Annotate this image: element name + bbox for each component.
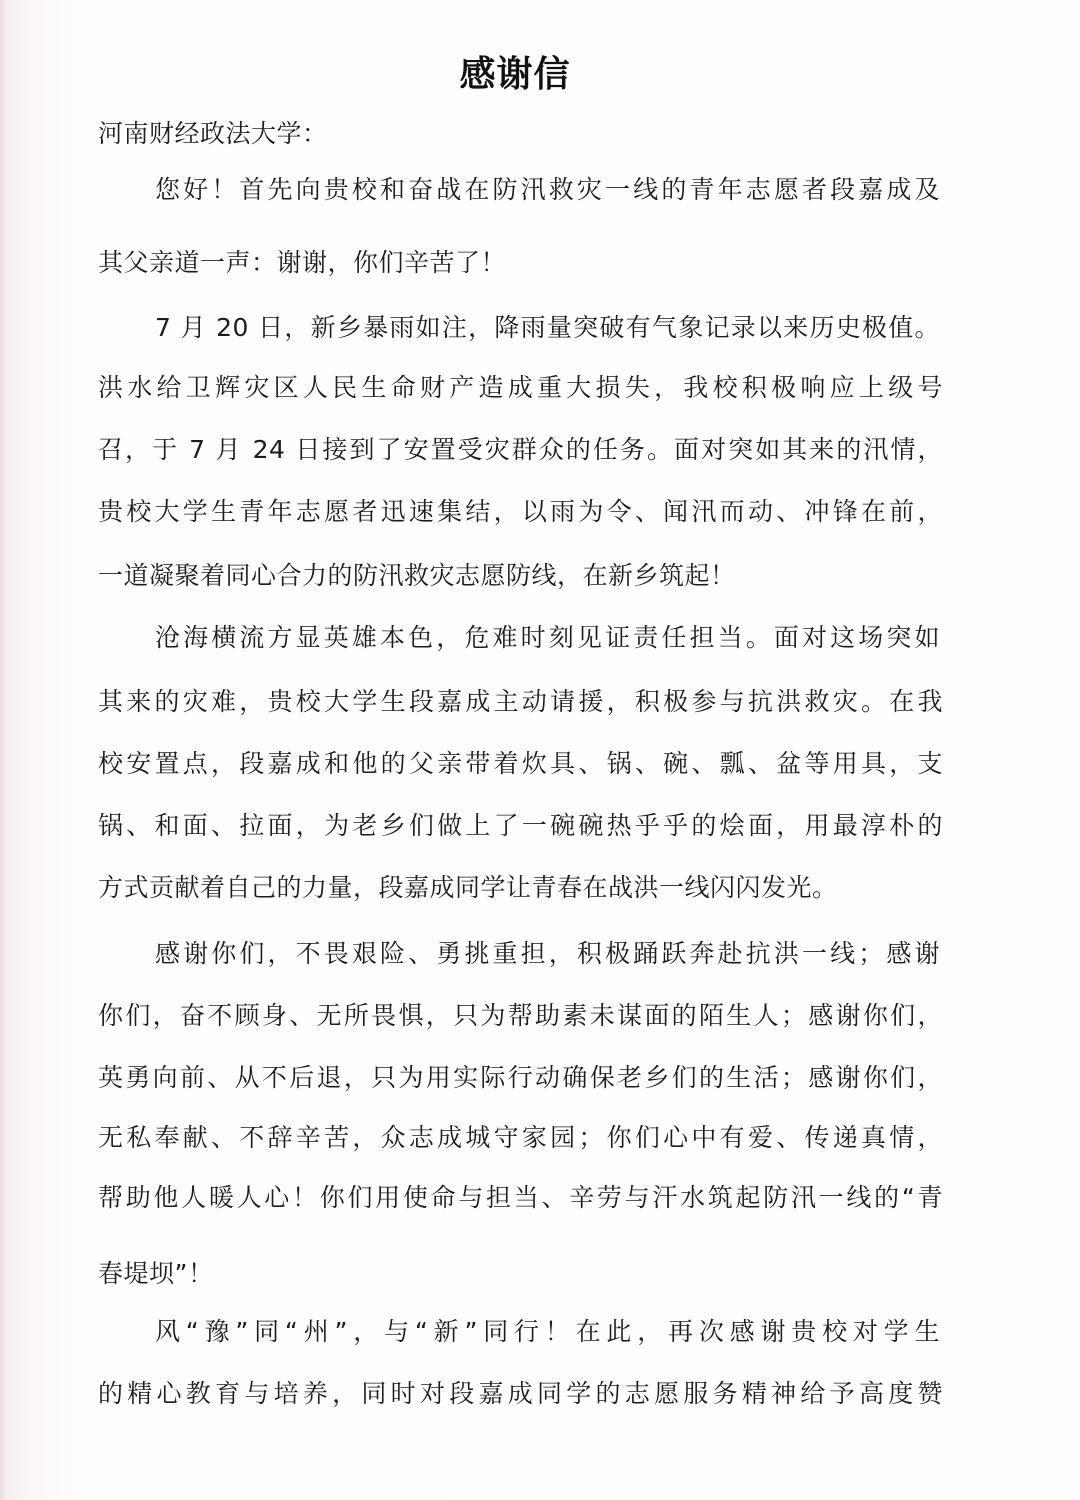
letter-body-line: 的精心教育与培养，同时对段嘉成同学的志愿服务精神给予高度赞 — [98, 1376, 943, 1412]
letter-body-line: 召，于 7 月 24 日接到了安置受灾群众的任务。面对突如其来的汛情， — [98, 432, 943, 468]
letter-body-line: 7 月 20 日，新乡暴雨如注，降雨量突破有气象记录以来历史极值。 — [155, 310, 940, 346]
letter-body-line: 英勇向前、从不后退，只为用实际行动确保老乡们的生活；感谢你们， — [98, 1060, 943, 1096]
scanned-letter-page: 感谢信 河南财经政法大学： 您好！首先向贵校和奋战在防汛救灾一线的青年志愿者段嘉… — [0, 0, 1080, 1500]
letter-body-line: 锅、和面、拉面，为老乡们做上了一碗碗热乎乎的烩面，用最淳朴的 — [98, 808, 943, 844]
letter-body-line: 沧海横流方显英雄本色，危难时刻见证责任担当。面对这场突如 — [155, 620, 940, 656]
letter-body-line: 你们，奋不顾身、无所畏惧，只为帮助素未谋面的陌生人；感谢你们， — [98, 998, 943, 1034]
letter-body-line: 帮助他人暖人心！你们用使命与担当、辛劳与汗水筑起防汛一线的“青 — [98, 1180, 943, 1216]
letter-body-line: 贵校大学生青年志愿者迅速集结，以雨为令、闻汛而动、冲锋在前， — [98, 494, 943, 530]
letter-body-line: 风“豫”同“州”，与“新”同行！在此，再次感谢贵校对学生 — [155, 1314, 940, 1350]
letter-salutation: 河南财经政法大学： — [98, 116, 943, 152]
letter-title: 感谢信 — [0, 50, 1030, 100]
letter-body-line: 您好！首先向贵校和奋战在防汛救灾一线的青年志愿者段嘉成及 — [155, 172, 940, 208]
letter-body-line: 洪水给卫辉灾区人民生命财产造成重大损失，我校积极响应上级号 — [98, 370, 943, 406]
letter-body-line: 无私奉献、不辞辛苦，众志成城守家园；你们心中有爱、传递真情， — [98, 1120, 943, 1156]
letter-body-line: 感谢你们，不畏艰险、勇挑重担，积极踊跃奔赴抗洪一线；感谢 — [155, 936, 940, 972]
letter-body-line: 一道凝聚着同心合力的防汛救灾志愿防线，在新乡筑起！ — [98, 558, 943, 594]
letter-body-line: 其父亲道一声：谢谢，你们辛苦了！ — [98, 245, 943, 281]
letter-body-line: 春堤坝”！ — [98, 1256, 943, 1292]
letter-body-line: 其来的灾难，贵校大学生段嘉成主动请援，积极参与抗洪救灾。在我 — [98, 684, 943, 720]
letter-body-line: 方式贡献着自己的力量，段嘉成同学让青春在战洪一线闪闪发光。 — [98, 870, 943, 906]
letter-body-line: 校安置点，段嘉成和他的父亲带着炊具、锅、碗、瓢、盆等用具，支 — [98, 746, 943, 782]
